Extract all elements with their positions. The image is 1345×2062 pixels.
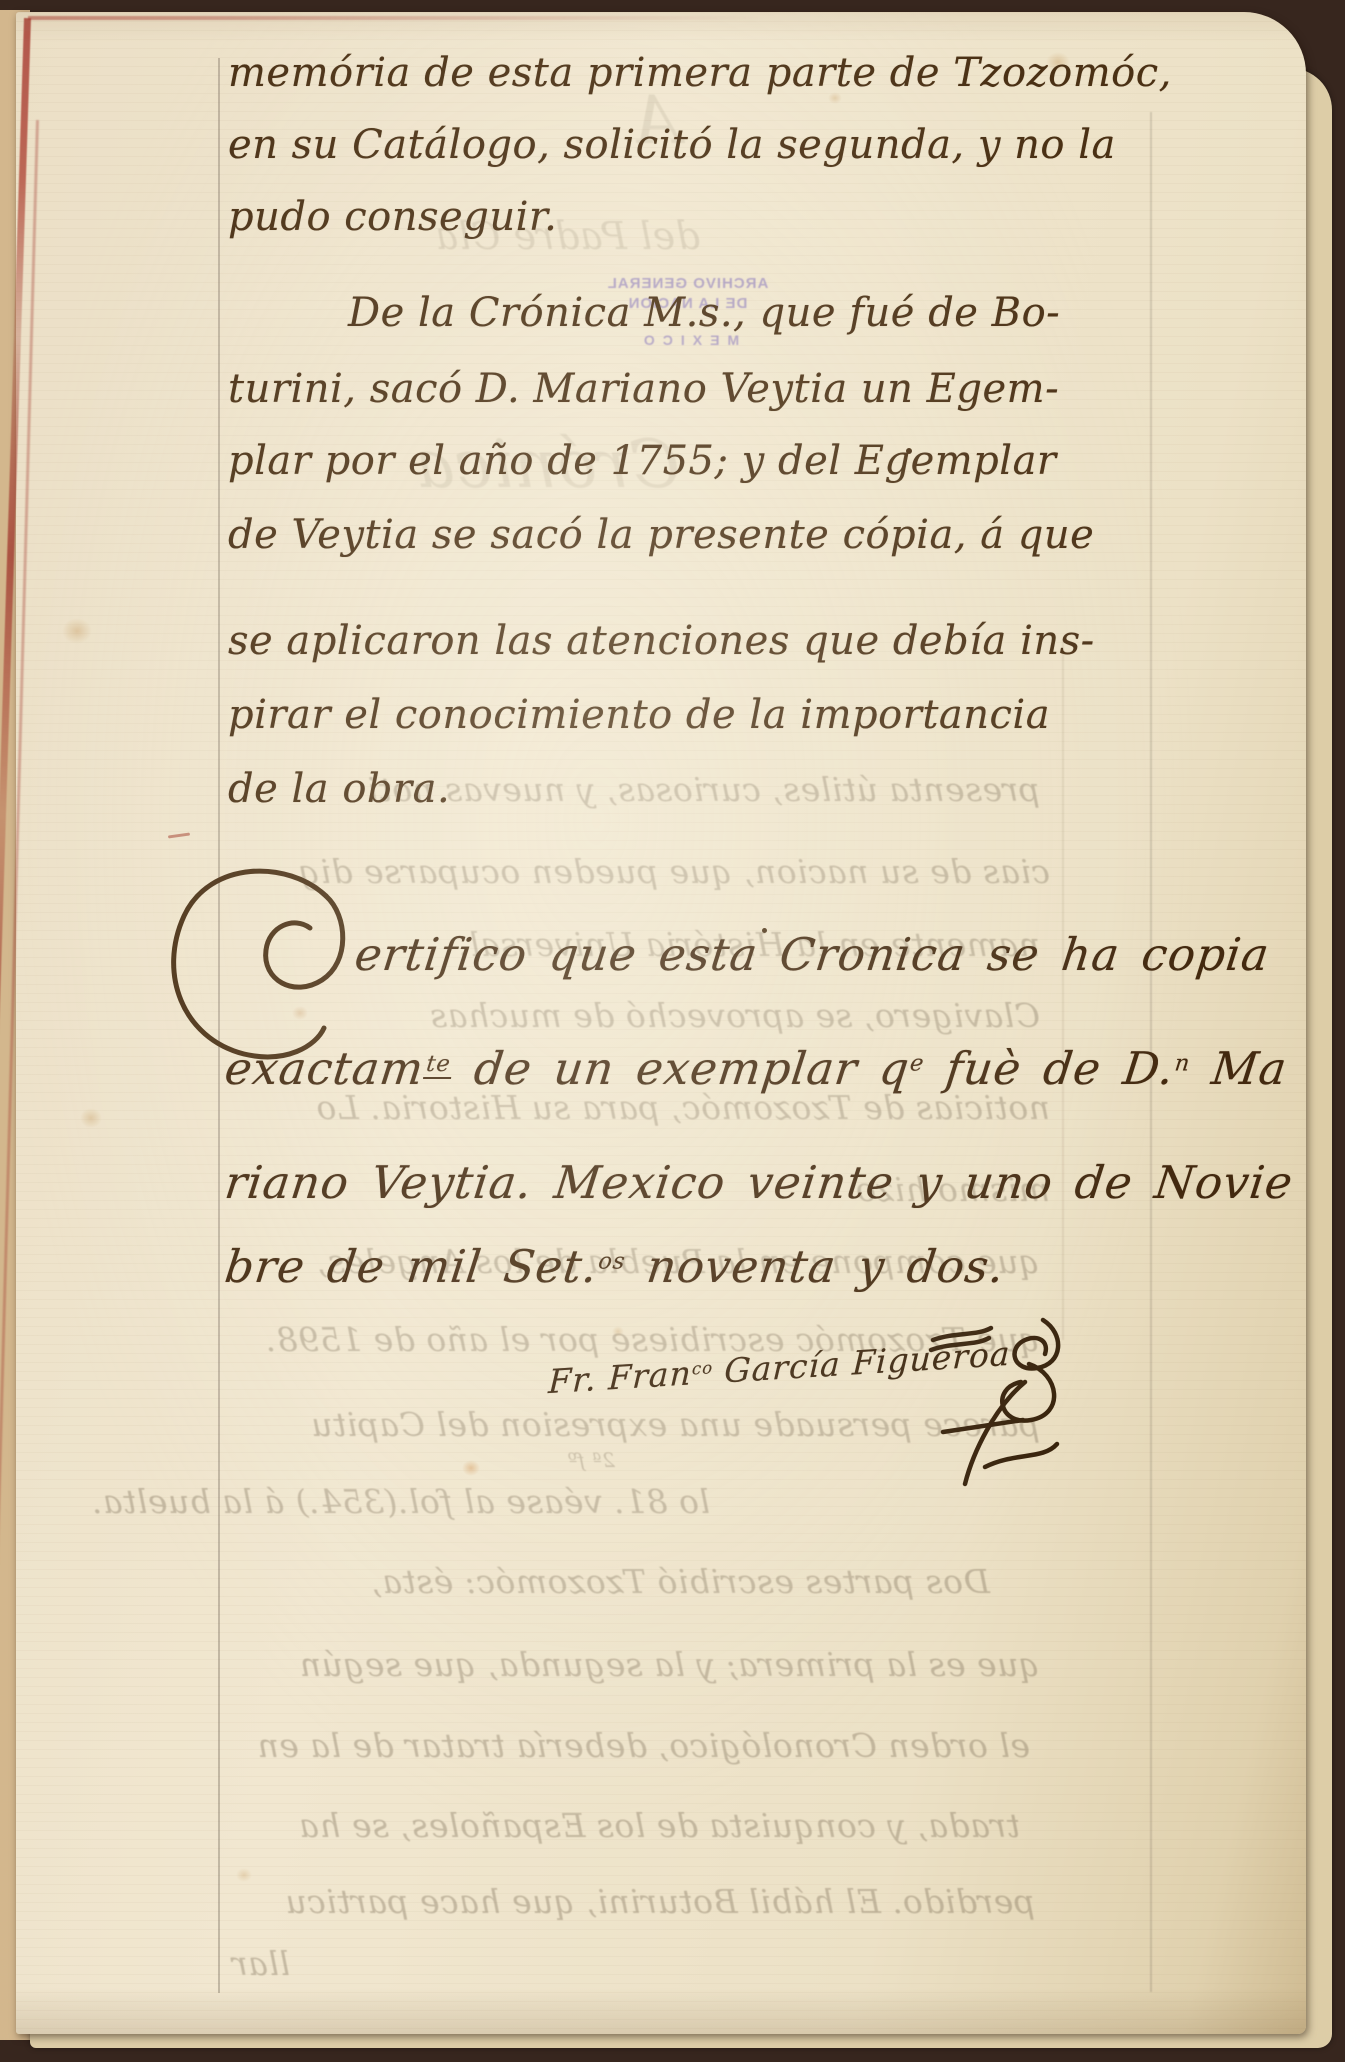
page-crease	[1062, 640, 1064, 1340]
red-stained-top-edge	[28, 16, 768, 20]
cert-superscript: os	[597, 1249, 627, 1275]
cert-text: fuè de D.	[921, 1042, 1178, 1095]
bleedthrough-line: trada, y conquista de los Españoles, se …	[210, 1806, 1020, 1845]
ink-speck	[906, 448, 912, 454]
decorative-initial-c	[158, 858, 353, 1073]
manuscript-line-6: plar por el año de 1755; y del Egemplar	[228, 438, 1057, 484]
bleedthrough-catchword: llar	[160, 1944, 290, 1983]
signature-superscript: co	[692, 1358, 714, 1378]
bleedthrough-line: perdido. El hábil Boturini, que hace par…	[205, 1882, 1035, 1921]
cert-text: noventa y dos.	[622, 1240, 1008, 1293]
manuscript-line-10: de la obra.	[228, 766, 450, 812]
cert-superscript: te	[423, 1051, 455, 1079]
bleedthrough-line: que es la primera; y la segunda, que seg…	[210, 1645, 1040, 1684]
certification-line-1: ertifico que esta Cronica se ha copia	[352, 928, 1273, 981]
bleedthrough-line: Dos partes escribió Tzozomóc: ésta,	[330, 1562, 990, 1601]
bleedthrough-line: el orden Cronológico, debería tratar de …	[210, 1726, 1030, 1765]
manuscript-line-9: pirar el conocimiento de la importancia	[228, 692, 1050, 738]
cert-text: Ma	[1187, 1042, 1291, 1095]
certification-line-4: bre de mil Set.os noventa y dos.	[222, 1240, 1008, 1293]
manuscript-photo: A del Padre Cla Crónica presenta útiles,…	[0, 0, 1345, 2062]
manuscript-line-8: se aplicaron las atenciones que debía in…	[228, 618, 1095, 664]
bleedthrough-line: lo 81. véase al fol.(354.) á la buelta.	[240, 1482, 710, 1521]
cert-text: de un exemplar q	[449, 1042, 913, 1095]
manuscript-line-7: de Veytia se sacó la presente cópia, á q…	[228, 512, 1094, 558]
manuscript-line-5: turini, sacó D. Mariano Veytia un Egem-	[228, 366, 1059, 412]
cert-text: bre de mil Set.	[222, 1240, 601, 1293]
signature-rubric	[925, 1312, 1075, 1497]
manuscript-line-2: en su Catálogo, solicitó la segunda, y n…	[228, 122, 1116, 168]
certification-line-2: exactamte de un exemplar qe fuè de D.n M…	[222, 1042, 1290, 1095]
bleedthrough-line: parece persuade una expresion del Capitu	[210, 1405, 1040, 1444]
cert-text: exactam	[222, 1042, 427, 1095]
bleedthrough-annotation: 2ª fº	[535, 1448, 615, 1472]
certification-line-3: riano Veytia. Mexico veinte y uno de Nov…	[222, 1156, 1296, 1209]
manuscript-line-4: De la Crónica M.s., que fué de Bo-	[348, 290, 1060, 336]
manuscript-line-1: memória de esta primera parte de Tzozomó…	[228, 50, 1172, 96]
manuscript-line-3: pudo conseguir.	[228, 194, 557, 240]
